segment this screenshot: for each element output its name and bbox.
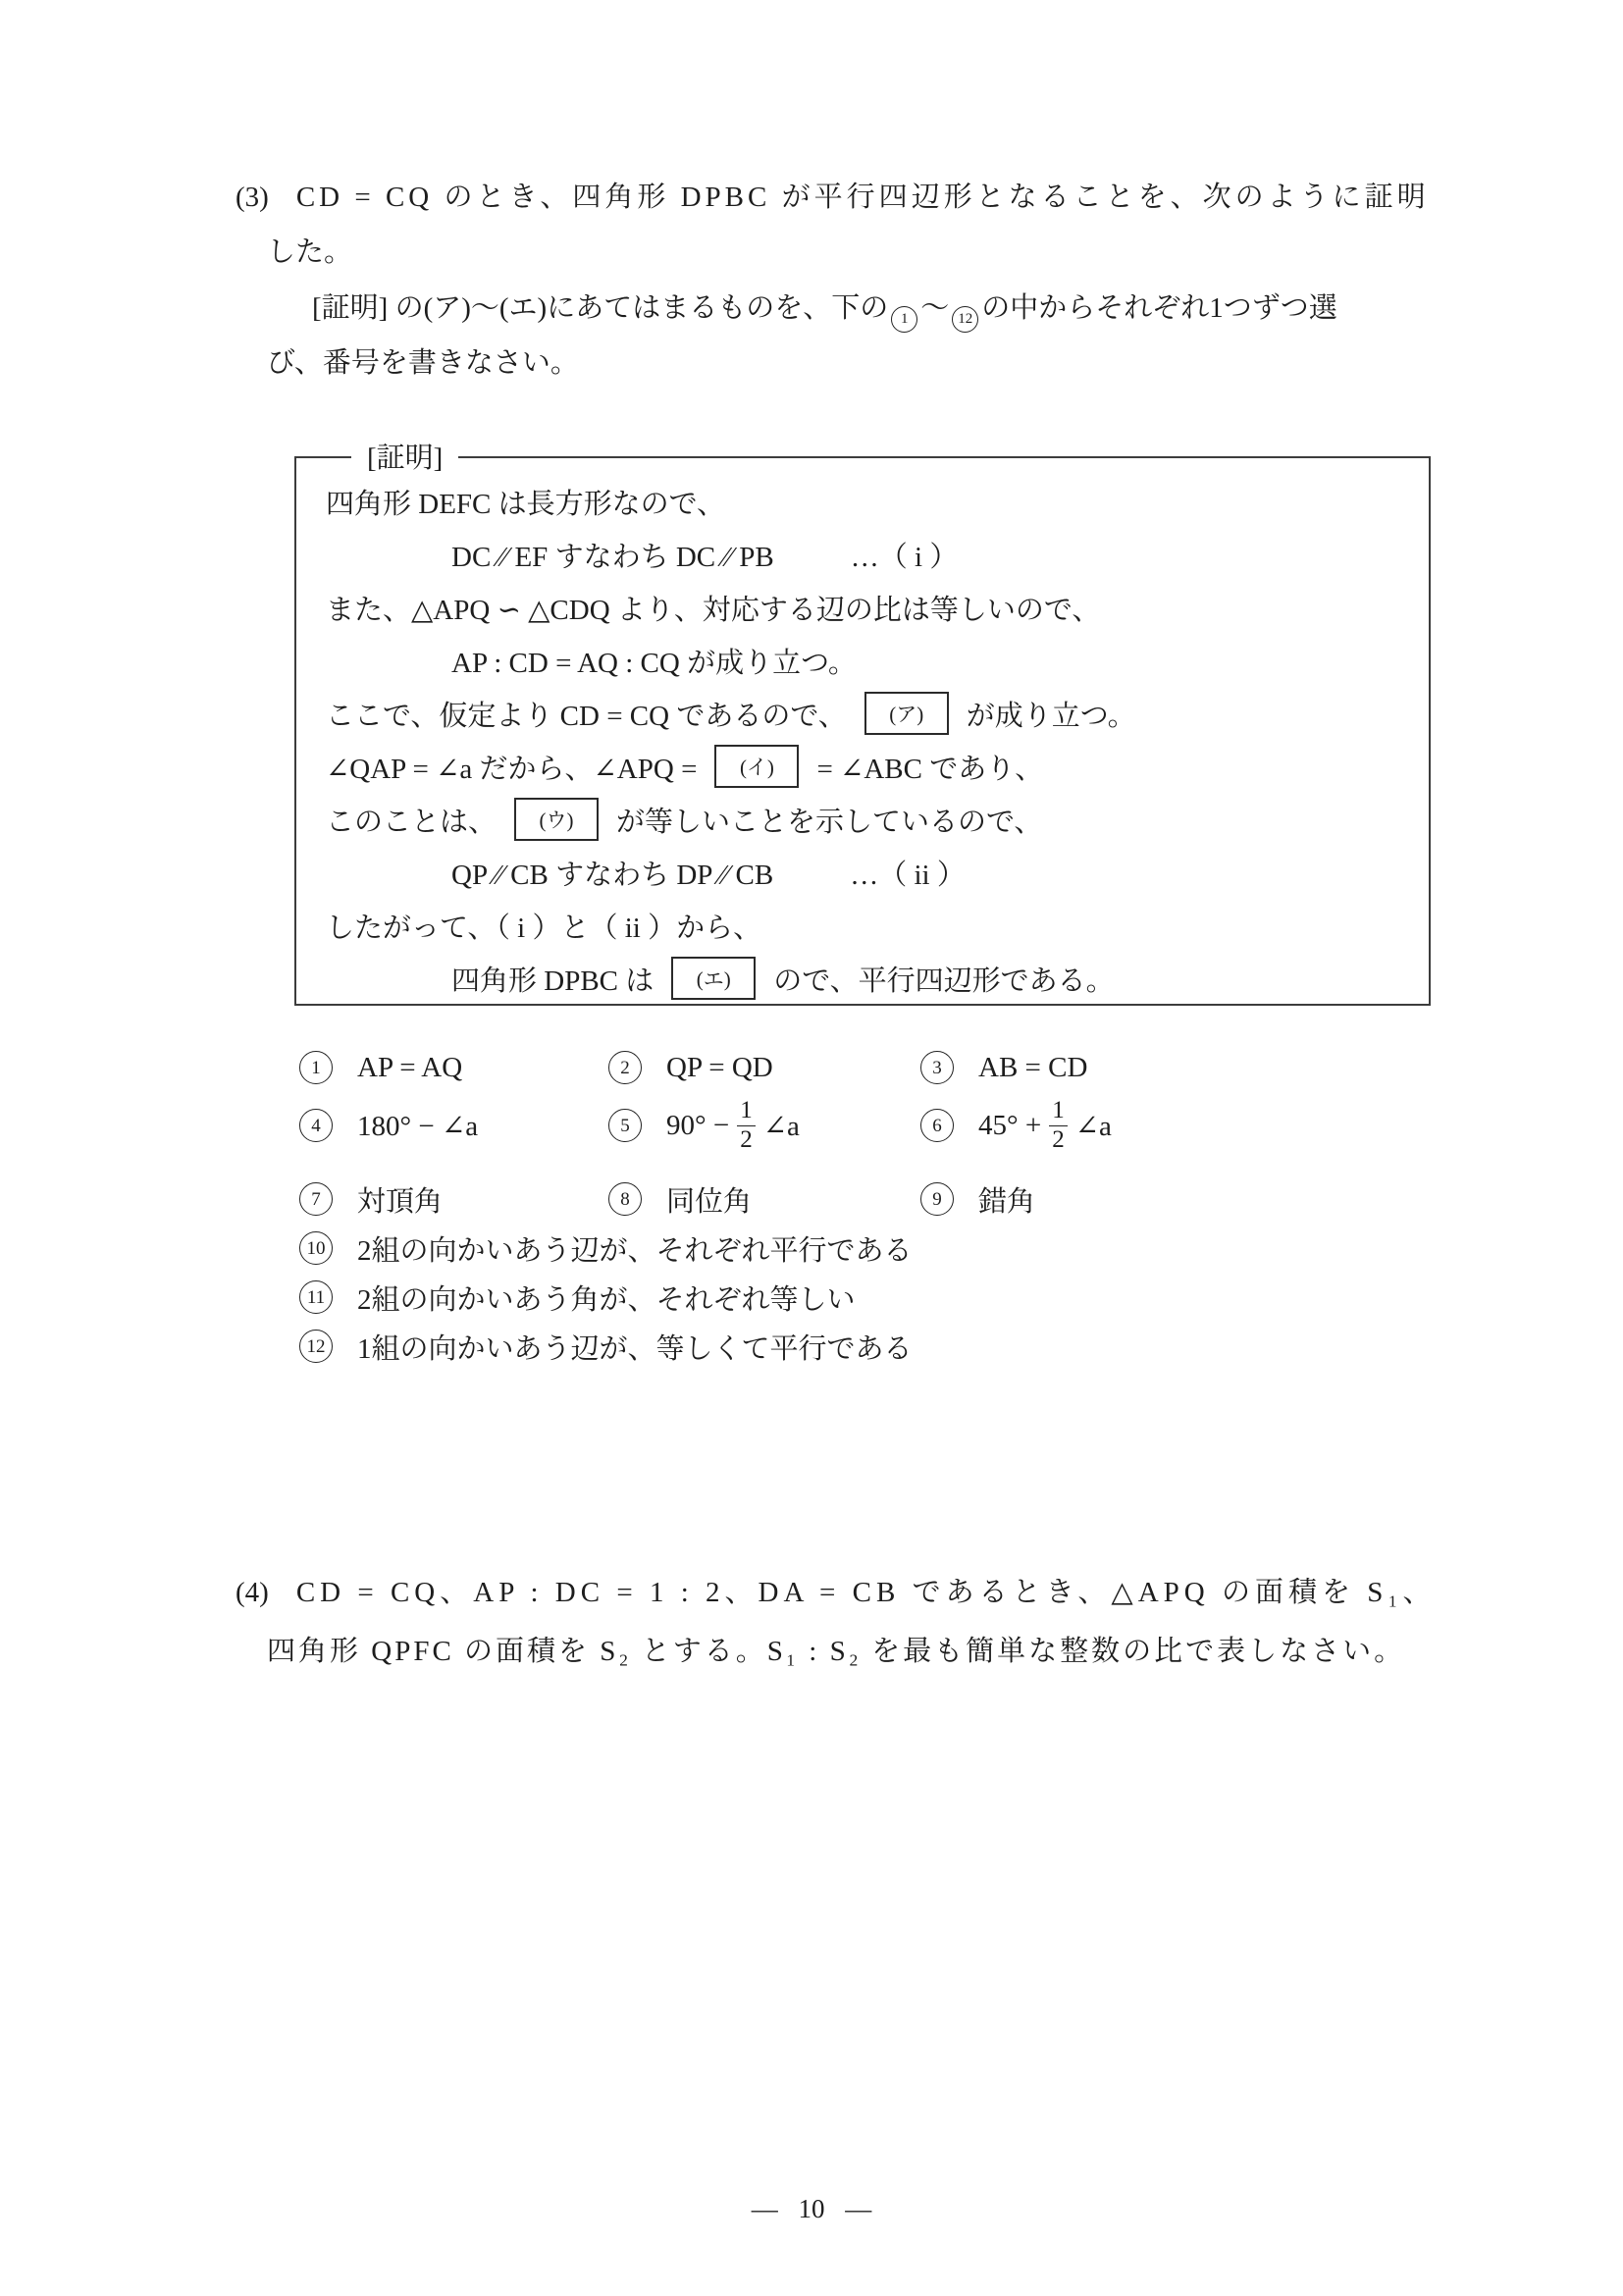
proof-line-8: QP ∕∕ CB すなわち DP ∕∕ CB …（ ii ） [296, 846, 1429, 899]
proof-line-8-formula: QP ∕∕ CB すなわち DP ∕∕ CB [451, 853, 773, 893]
proof-line-7: このことは、 (ウ) が等しいことを示しているので、 [296, 793, 1429, 846]
proof-line-1-text: 四角形 DEFC は長方形なので、 [326, 482, 725, 522]
circled-number-11: 11 [299, 1280, 333, 1314]
circled-number-1: 1 [299, 1051, 333, 1084]
proof-ref-ii: …（ ii ） [850, 853, 966, 893]
option-5-pre: 90° − [666, 1110, 729, 1142]
option-5-fraction: 1 2 [737, 1097, 756, 1155]
answer-blank-a: (ア) [864, 692, 949, 735]
question-3-line1: (3)CD = CQ のとき、四角形 DPBC が平行四辺形となることを、次のよ… [236, 175, 1430, 215]
proof-line-4: AP : CD = AQ : CQ が成り立つ。 [296, 634, 1429, 687]
proof-line-10: 四角形 DPBC は (エ) ので、平行四辺形である。 [296, 952, 1429, 1005]
instruction-seg1: の(ア)～(エ)にあてはまるものを、下の [395, 292, 889, 324]
circled-number-10: 10 [299, 1231, 333, 1265]
q4-number: (4) [236, 1577, 269, 1609]
circled-12-icon: 12 [952, 306, 978, 333]
circled-number-8: 8 [608, 1182, 642, 1216]
option-1: 1 AP = AQ [299, 1046, 462, 1089]
circled-number-4: 4 [299, 1109, 333, 1142]
circled-number-3: 3 [920, 1051, 954, 1084]
option-8: 8 同位角 [608, 1177, 752, 1221]
q4-text-line1: CD = CQ、AP : DC = 1 : 2、DA = CB であるとき、△A… [296, 1577, 1437, 1608]
instruction-seg2: の中からそれぞれ1つずつ選 [981, 292, 1337, 324]
proof-line-5-post: が成り立つ。 [967, 694, 1136, 734]
proof-line-5-pre: ここで、仮定より CD = CQ であるので、 [326, 694, 847, 734]
option-12: 12 1組の向かいあう辺が、等しくて平行である [299, 1325, 913, 1368]
option-11: 11 2組の向かいあう角が、それぞれ等しい [299, 1276, 856, 1319]
circled-1-icon: 1 [891, 306, 917, 333]
proof-box-title: [証明] [351, 436, 458, 476]
proof-line-6-pre: ∠QAP = ∠a だから、∠APQ = [326, 747, 697, 787]
proof-line-1: 四角形 DEFC は長方形なので、 [296, 475, 1429, 528]
proof-line-9-text: したがって、（ i ）と（ ii ）から、 [326, 906, 761, 946]
option-6: 6 45° + 1 2 ∠a [920, 1084, 1112, 1167]
option-3: 3 AB = CD [920, 1046, 1087, 1089]
q3-number: (3) [236, 182, 269, 214]
page-number: — 10 — [0, 2194, 1623, 2224]
option-2-text: QP = QD [666, 1052, 773, 1084]
proof-ref-i: …（ i ） [851, 535, 959, 575]
option-8-text: 同位角 [666, 1179, 752, 1220]
q4-text-line2: 四角形 QPFC の面積を S₂ とする。S₁ : S₂ を最も簡単な整数の比で… [267, 1629, 1405, 1669]
proof-line-3: また、△APQ ∽ △CDQ より、対応する辺の比は等しいので、 [296, 581, 1429, 634]
answer-blank-b: (イ) [714, 745, 799, 788]
q3-text-line2: した。 [267, 230, 352, 270]
proof-line-2-formula: DC ∕∕ EF すなわち DC ∕∕ PB [451, 535, 774, 575]
instruction-proof-tag: [証明] [312, 292, 388, 324]
proof-line-6: ∠QAP = ∠a だから、∠APQ = (イ) = ∠ABC であり、 [296, 740, 1429, 793]
option-5-post: ∠a [763, 1109, 800, 1143]
fraction-denominator: 2 [737, 1125, 756, 1155]
proof-line-2: DC ∕∕ EF すなわち DC ∕∕ PB …（ i ） [296, 528, 1429, 581]
proof-line-6-post: = ∠ABC であり、 [816, 747, 1043, 787]
instruction-tilde: ～ [920, 292, 949, 324]
option-5: 5 90° − 1 2 ∠a [608, 1084, 800, 1167]
proof-line-10-post: ので、平行四辺形である。 [773, 959, 1114, 999]
option-7: 7 対頂角 [299, 1177, 443, 1221]
circled-number-2: 2 [608, 1051, 642, 1084]
proof-line-7-post: が等しいことを示しているので、 [616, 800, 1042, 840]
proof-line-7-pre: このことは、 [326, 800, 497, 840]
circled-number-5: 5 [608, 1109, 642, 1142]
circled-number-12: 12 [299, 1330, 333, 1363]
option-3-text: AB = CD [978, 1052, 1087, 1084]
fraction-denominator: 2 [1049, 1125, 1068, 1155]
proof-box: [証明] 四角形 DEFC は長方形なので、 DC ∕∕ EF すなわち DC … [294, 456, 1431, 1006]
option-12-text: 1組の向かいあう辺が、等しくて平行である [357, 1327, 913, 1367]
option-9: 9 錯角 [920, 1177, 1035, 1221]
option-6-fraction: 1 2 [1049, 1097, 1068, 1155]
proof-line-4-formula: AP : CD = AQ : CQ が成り立つ。 [451, 641, 857, 681]
circled-number-7: 7 [299, 1182, 333, 1216]
fraction-numerator: 1 [740, 1097, 753, 1125]
option-11-text: 2組の向かいあう角が、それぞれ等しい [357, 1278, 856, 1318]
option-2: 2 QP = QD [608, 1046, 773, 1089]
option-7-text: 対頂角 [357, 1179, 443, 1220]
circled-number-9: 9 [920, 1182, 954, 1216]
option-10: 10 2組の向かいあう辺が、それぞれ平行である [299, 1226, 913, 1270]
option-4-text: 180° − ∠a [357, 1109, 478, 1143]
question-4-line1: (4)CD = CQ、AP : DC = 1 : 2、DA = CB であるとき… [236, 1570, 1436, 1610]
q3-text-line1: CD = CQ のとき、四角形 DPBC が平行四辺形となることを、次のように証… [296, 182, 1430, 213]
proof-line-3-text: また、△APQ ∽ △CDQ より、対応する辺の比は等しいので、 [326, 588, 1100, 628]
fraction-numerator: 1 [1052, 1097, 1065, 1125]
exam-page: (3)CD = CQ のとき、四角形 DPBC が平行四辺形となることを、次のよ… [0, 0, 1623, 2296]
proof-line-5: ここで、仮定より CD = CQ であるので、 (ア) が成り立つ。 [296, 687, 1429, 740]
option-6-post: ∠a [1075, 1109, 1112, 1143]
proof-line-9: したがって、（ i ）と（ ii ）から、 [296, 899, 1429, 952]
q3-instruction-line2: び、番号を書きなさい。 [267, 340, 579, 381]
proof-lines: 四角形 DEFC は長方形なので、 DC ∕∕ EF すなわち DC ∕∕ PB… [296, 458, 1429, 1005]
option-4: 4 180° − ∠a [299, 1084, 478, 1167]
option-9-text: 錯角 [978, 1179, 1035, 1220]
proof-line-10-pre: 四角形 DPBC は [451, 959, 654, 999]
circled-number-6: 6 [920, 1109, 954, 1142]
answer-blank-d: (エ) [671, 957, 756, 1000]
answer-blank-c: (ウ) [514, 798, 599, 841]
option-6-pre: 45° + [978, 1110, 1041, 1142]
option-10-text: 2組の向かいあう辺が、それぞれ平行である [357, 1228, 913, 1269]
option-1-text: AP = AQ [357, 1052, 462, 1084]
q3-instruction-line1: [証明] の(ア)～(エ)にあてはまるものを、下の1～12の中からそれぞれ1つず… [312, 286, 1337, 333]
